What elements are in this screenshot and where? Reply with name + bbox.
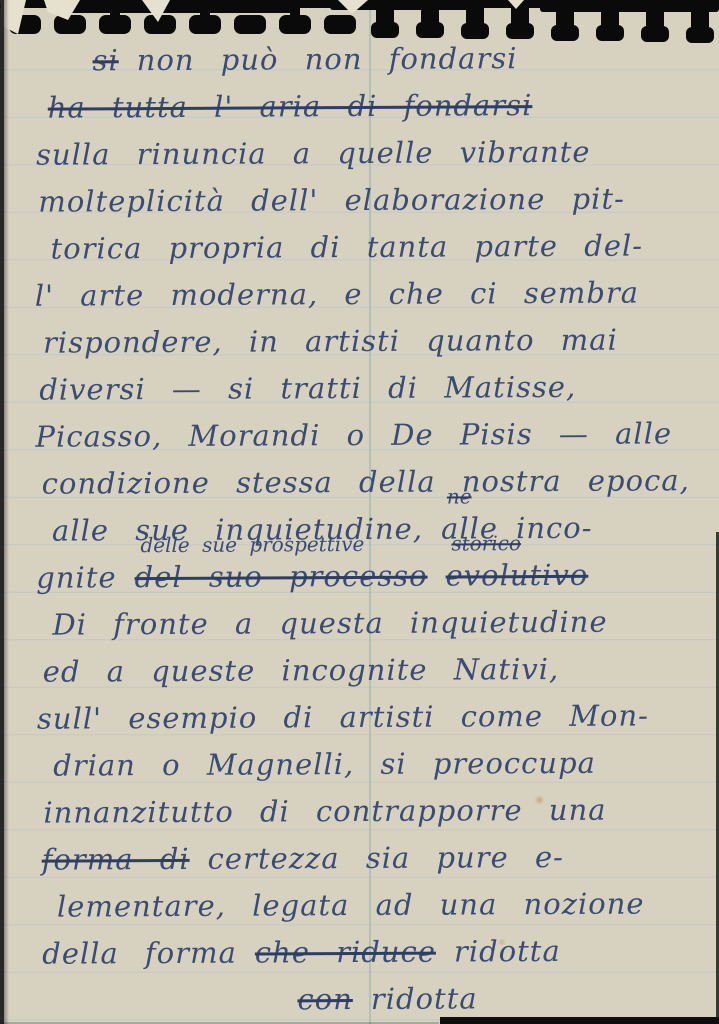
text-segment: sull' esempio di artisti come Mon- xyxy=(37,692,649,742)
text-segment: innanzitutto di contrapporre una xyxy=(43,787,606,837)
struck-text: evolutivostorico xyxy=(445,552,588,600)
handwritten-line: innanzitutto di contrapporre una xyxy=(1,786,719,837)
handwritten-line: forma dicertezza sia pure e- xyxy=(2,833,719,884)
text-segment: gnite xyxy=(36,554,117,601)
text-segment: torica propria di tanta parte del- xyxy=(50,223,643,273)
handwritten-line: rispondere, in artisti quanto mai xyxy=(0,316,718,367)
handwritten-line: ed a queste incognite Nativi, xyxy=(1,645,719,696)
handwritten-line: sull' esempio di artisti come Mon- xyxy=(1,692,719,743)
handwritten-line: ha tutta l' aria di fondarsi xyxy=(0,81,717,132)
text-segment: ed a queste incognite Nativi, xyxy=(43,646,560,696)
text-segment: ridotta xyxy=(454,928,561,976)
spiral-binding-holes xyxy=(0,0,719,48)
handwritten-line: l' arte moderna, e che ci sembra xyxy=(0,269,718,320)
struck-text: forma di xyxy=(42,836,190,884)
text-segment: Picasso, Morandi o De Pisis — alle xyxy=(35,410,672,460)
handwritten-line: gnitedel suo processodelle sue prospetti… xyxy=(0,551,719,602)
text-segment: sulla rinuncia a quelle vibrante xyxy=(36,129,591,179)
text-segment: condizione stessa della nostra epoca, xyxy=(42,457,690,507)
handwritten-line: della formache riduceridotta xyxy=(2,927,719,978)
notebook-page-photo: sinon può non fondarsiha tutta l' aria d… xyxy=(0,0,719,1024)
page-bottom-edge xyxy=(440,1017,719,1024)
handwritten-line: Di fronte a questa inquietudine xyxy=(0,598,719,649)
handwritten-line: condizione stessa della nostra epoca, xyxy=(0,457,719,508)
inserted-correction-text: delle sue prospettive xyxy=(140,534,364,555)
handwritten-line: diversi — si tratti di Matisse, xyxy=(0,363,718,414)
page-left-edge-shadow xyxy=(4,0,9,1024)
inserted-correction-text: ne xyxy=(447,486,472,506)
handwritten-line: drian o Magnelli, si preoccupa xyxy=(1,739,719,790)
handwritten-line: torica propria di tanta parte del- xyxy=(0,222,718,273)
text-segment: Di fronte a questa inquietudine xyxy=(52,599,607,649)
struck-text: ha tutta l' aria di fondarsi xyxy=(48,82,533,132)
struck-text: che riduce xyxy=(255,929,436,977)
text-segment: certezza sia pure e- xyxy=(208,834,565,883)
inserted-correction-text: storico xyxy=(451,533,521,553)
text-segment: lementare, legata ad una nozione xyxy=(57,881,645,931)
handwritten-line: sulla rinuncia a quelle vibrante xyxy=(0,128,717,179)
text-segment: della forma xyxy=(42,930,237,978)
handwritten-lines: sinon può non fondarsiha tutta l' aria d… xyxy=(0,34,719,1024)
struck-text: del suo processodelle sue prospettive xyxy=(134,553,427,602)
handwritten-line: molteplicità dell' elaborazione pit- xyxy=(0,175,717,226)
struck-text: con xyxy=(297,976,353,1023)
text-segment: rispondere, in artisti quanto mai xyxy=(43,317,618,367)
text-segment: diversi — si tratti di Matisse, xyxy=(39,364,576,414)
text-segment: drian o Magnelli, si preoccupa xyxy=(53,740,596,790)
handwritten-line: Picasso, Morandi o De Pisis — alle xyxy=(0,410,719,461)
text-segment: ridotta xyxy=(371,975,478,1023)
text-segment: inco- xyxy=(516,505,593,552)
handwritten-line: lementare, legata ad una nozione xyxy=(2,880,719,931)
text-segment: l' arte moderna, e che ci sembra xyxy=(35,270,640,320)
text-segment: molteplicità dell' elaborazione pit- xyxy=(38,176,625,226)
